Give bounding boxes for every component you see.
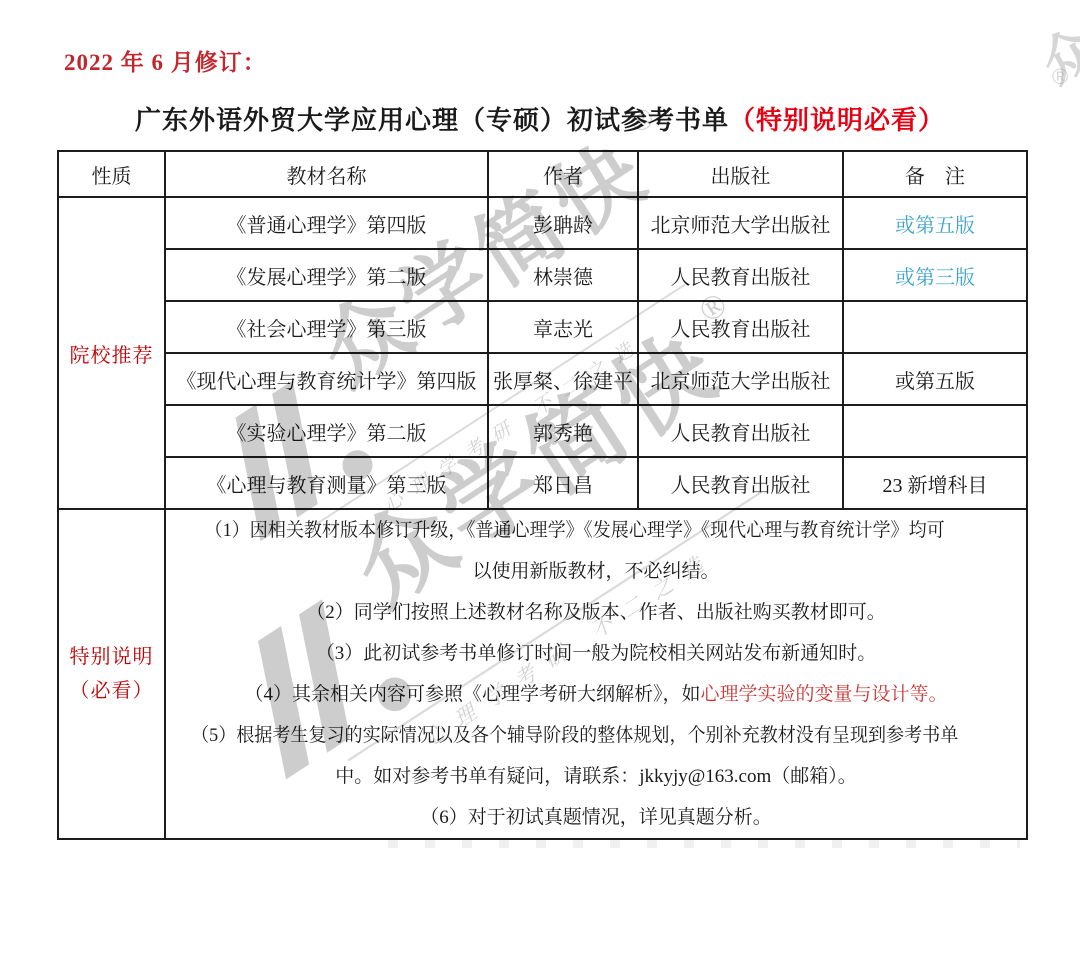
page-title-text: 广东外语外贸大学应用心理（专硕）初试参考书单 xyxy=(135,105,729,135)
book-publisher: 北京师范大学出版社 xyxy=(638,197,843,249)
note-line-3: （3）此初试参考书单修订时间一般为院校相关网站发布新通知时。 xyxy=(170,633,1022,674)
revision-note: 2022 年 6 月修订： xyxy=(64,44,267,77)
book-author: 章志光 xyxy=(488,301,638,353)
scan-artifact-dashes xyxy=(388,839,1020,848)
registered-mark-icon: ® xyxy=(1052,64,1068,90)
header-remark: 备 注 xyxy=(843,151,1027,197)
book-publisher: 人民教育出版社 xyxy=(638,301,843,353)
note-line-5: （5）根据考生复习的实际情况以及各个辅导阶段的整体规划，个别补充教材没有呈现到参… xyxy=(170,715,979,756)
document-page: 2022 年 6 月修订： 广东外语外贸大学应用心理（专硕）初试参考书单（特别说… xyxy=(0,0,1080,979)
book-name: 《发展心理学》第二版 xyxy=(165,249,488,301)
book-remark xyxy=(843,301,1027,353)
header-author: 作者 xyxy=(488,151,638,197)
book-author: 林崇德 xyxy=(488,249,638,301)
book-remark: 或第五版 xyxy=(843,197,1027,249)
special-notes-row: 特别说明 （必看） （1）因相关教材版本修订升级，《普通心理学》《发展心理学》《… xyxy=(58,509,1027,839)
note-line-2: （2）同学们按照上述教材名称及版本、作者、出版社购买教材即可。 xyxy=(170,592,1022,633)
book-author: 郑日昌 xyxy=(488,457,638,509)
table-row: 院校推荐 《普通心理学》第四版 彭聃龄 北京师范大学出版社 或第五版 xyxy=(58,197,1027,249)
header-publisher: 出版社 xyxy=(638,151,843,197)
book-name: 《社会心理学》第三版 xyxy=(165,301,488,353)
header-nature: 性质 xyxy=(58,151,165,197)
header-book-name: 教材名称 xyxy=(165,151,488,197)
book-author: 彭聃龄 xyxy=(488,197,638,249)
book-name: 《普通心理学》第四版 xyxy=(165,197,488,249)
note-4-red-text: 心理学实验的变量与设计等。 xyxy=(701,684,948,705)
book-name: 《心理与教育测量》第三版 xyxy=(165,457,488,509)
category-recommended-label: 院校推荐 xyxy=(58,197,165,509)
note-line-1b: 以使用新版教材，不必纠结。 xyxy=(170,551,1022,592)
book-remark: 或第五版 xyxy=(843,353,1027,405)
book-publisher: 北京师范大学出版社 xyxy=(638,353,843,405)
table-row: 《社会心理学》第三版 章志光 人民教育出版社 xyxy=(58,301,1027,353)
page-title-highlight: （特别说明必看） xyxy=(729,105,945,135)
table-header-row: 性质 教材名称 作者 出版社 备 注 xyxy=(58,151,1027,197)
note-line-4: （4）其余相关内容可参照《心理学考研大纲解析》，如心理学实验的变量与设计等。 xyxy=(170,674,1022,715)
page-title: 广东外语外贸大学应用心理（专硕）初试参考书单（特别说明必看） xyxy=(0,100,1080,137)
book-author: 郭秀艳 xyxy=(488,405,638,457)
note-line-1: （1）因相关教材版本修订升级，《普通心理学》《发展心理学》《现代心理与教育统计学… xyxy=(170,510,979,551)
table-row: 《心理与教育测量》第三版 郑日昌 人民教育出版社 23 新增科目 xyxy=(58,457,1027,509)
watermark-fragment-char: 众 xyxy=(1024,6,1080,97)
special-label-line1: 特别说明 xyxy=(63,640,160,674)
special-label-line2: （必看） xyxy=(63,674,160,708)
book-author: 张厚粲、徐建平 xyxy=(488,353,638,405)
book-publisher: 人民教育出版社 xyxy=(638,457,843,509)
book-name: 《实验心理学》第二版 xyxy=(165,405,488,457)
special-notes-content: （1）因相关教材版本修订升级，《普通心理学》《发展心理学》《现代心理与教育统计学… xyxy=(165,509,1027,839)
book-publisher: 人民教育出版社 xyxy=(638,405,843,457)
book-name: 《现代心理与教育统计学》第四版 xyxy=(165,353,488,405)
book-remark xyxy=(843,405,1027,457)
book-publisher: 人民教育出版社 xyxy=(638,249,843,301)
table-row: 《发展心理学》第二版 林崇德 人民教育出版社 或第三版 xyxy=(58,249,1027,301)
book-remark: 23 新增科目 xyxy=(843,457,1027,509)
note-line-5b: 中。如对参考书单有疑问，请联系：jkkyjy@163.com（邮箱）。 xyxy=(170,756,1022,797)
table-row: 《现代心理与教育统计学》第四版 张厚粲、徐建平 北京师范大学出版社 或第五版 xyxy=(58,353,1027,405)
book-remark: 或第三版 xyxy=(843,249,1027,301)
table-row: 《实验心理学》第二版 郭秀艳 人民教育出版社 xyxy=(58,405,1027,457)
note-line-6: （6）对于初试真题情况，详见真题分析。 xyxy=(170,797,1022,838)
special-notes-label: 特别说明 （必看） xyxy=(58,509,165,839)
reference-book-table: 性质 教材名称 作者 出版社 备 注 院校推荐 《普通心理学》第四版 彭聃龄 北… xyxy=(57,150,1028,840)
